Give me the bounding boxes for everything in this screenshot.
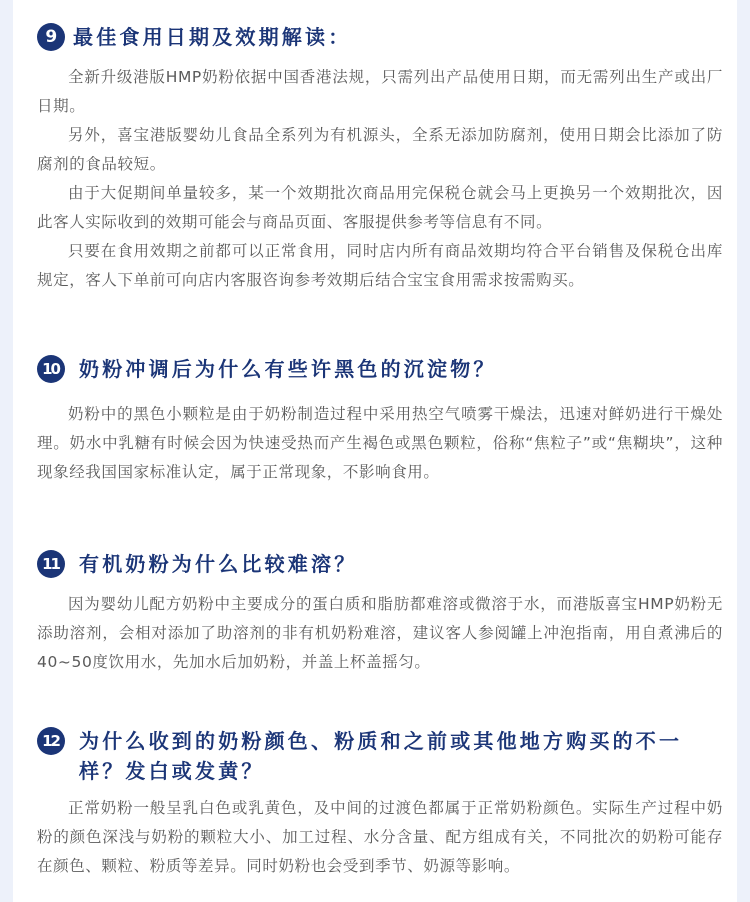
number-badge-icon: 9 bbox=[37, 23, 65, 51]
paragraph: 奶粉中的黑色小颗粒是由于奶粉制造过程中采用热空气喷雾干燥法，迅速对鲜奶进行干燥处… bbox=[37, 400, 723, 487]
faq-section-12: 12 为什么收到的奶粉颜色、粉质和之前或其他地方购买的不一样？发白或发黄？ 正常… bbox=[37, 726, 723, 881]
faq-section-11: 11 有机奶粉为什么比较难溶？ 因为婴幼儿配方奶粉中主要成分的蛋白质和脂肪都难溶… bbox=[37, 549, 723, 677]
paragraph: 只要在食用效期之前都可以正常食用，同时店内所有商品效期均符合平台销售及保税仓出库… bbox=[37, 237, 723, 295]
paragraph: 全新升级港版HMP奶粉依据中国香港法规，只需列出产品使用日期，而无需列出生产或出… bbox=[37, 63, 723, 121]
section-title: 奶粉冲调后为什么有些许黑色的沉淀物？ bbox=[79, 354, 723, 384]
faq-section-10: 10 奶粉冲调后为什么有些许黑色的沉淀物？ 奶粉中的黑色小颗粒是由于奶粉制造过程… bbox=[37, 354, 723, 487]
section-title: 最佳食用日期及效期解读： bbox=[73, 22, 723, 52]
section-heading: 9 最佳食用日期及效期解读： bbox=[37, 22, 723, 52]
paragraph: 因为婴幼儿配方奶粉中主要成分的蛋白质和脂肪都难溶或微溶于水，而港版喜宝HMP奶粉… bbox=[37, 590, 723, 677]
content-card: 9 最佳食用日期及效期解读： 全新升级港版HMP奶粉依据中国香港法规，只需列出产… bbox=[13, 0, 737, 902]
paragraph: 正常奶粉一般呈乳白色或乳黄色，及中间的过渡色都属于正常奶粉颜色。实际生产过程中奶… bbox=[37, 794, 723, 881]
number-badge-icon: 10 bbox=[37, 355, 65, 383]
section-title: 为什么收到的奶粉颜色、粉质和之前或其他地方购买的不一样？发白或发黄？ bbox=[79, 726, 723, 786]
paragraph: 另外，喜宝港版婴幼儿食品全系列为有机源头，全系无添加防腐剂，使用日期会比添加了防… bbox=[37, 121, 723, 179]
paragraph: 由于大促期间单量较多，某一个效期批次商品用完保税仓就会马上更换另一个效期批次，因… bbox=[37, 179, 723, 237]
number-badge-icon: 12 bbox=[37, 727, 65, 755]
section-heading: 12 为什么收到的奶粉颜色、粉质和之前或其他地方购买的不一样？发白或发黄？ bbox=[37, 726, 723, 786]
section-heading: 11 有机奶粉为什么比较难溶？ bbox=[37, 549, 723, 579]
number-badge-icon: 11 bbox=[37, 550, 65, 578]
section-heading: 10 奶粉冲调后为什么有些许黑色的沉淀物？ bbox=[37, 354, 723, 384]
faq-section-9: 9 最佳食用日期及效期解读： 全新升级港版HMP奶粉依据中国香港法规，只需列出产… bbox=[37, 22, 723, 295]
section-title: 有机奶粉为什么比较难溶？ bbox=[79, 549, 723, 579]
